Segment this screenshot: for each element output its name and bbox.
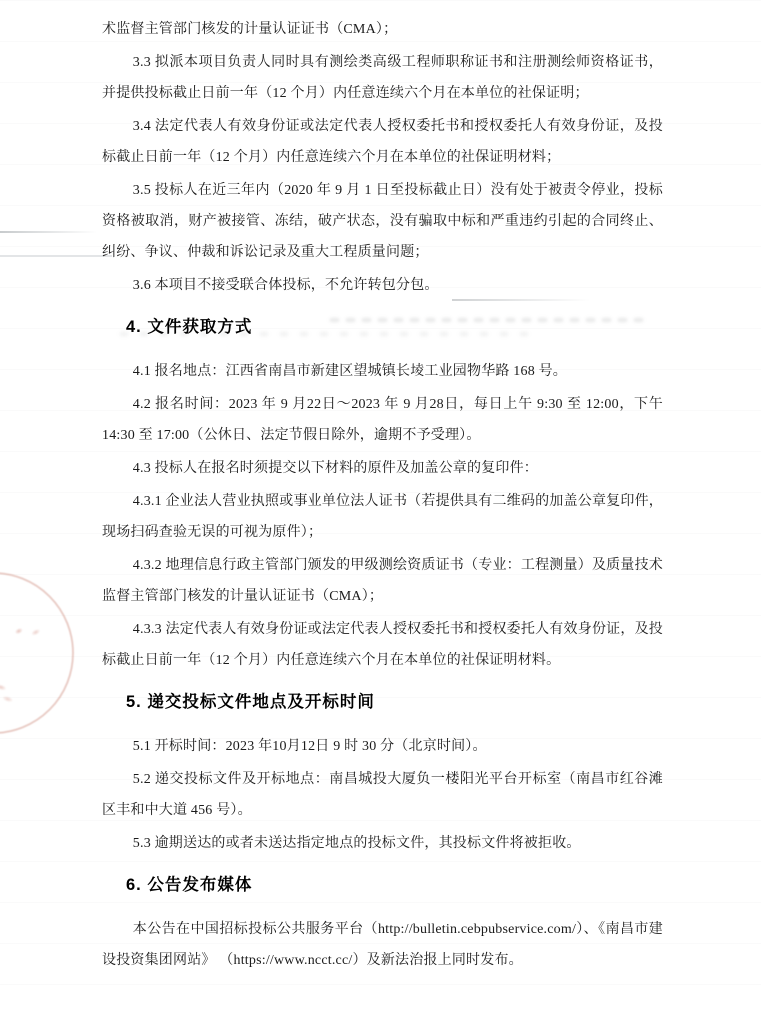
paragraph: 4.3.2 地理信息行政主管部门颁发的甲级测绘资质证书（专业：工程测量）及质量技…: [102, 550, 663, 612]
paragraph: 术监督主管部门核发的计量认证证书（CMA）；: [102, 14, 663, 45]
paragraph: 3.3 拟派本项目负责人同时具有测绘类高级工程师职称证书和注册测绘师资格证书，并…: [102, 47, 663, 109]
section-heading: 6. 公告发布媒体: [126, 870, 663, 901]
paragraph: 4.3.3 法定代表人有效身份证或法定代表人授权委托书和授权委托人有效身份证，及…: [102, 614, 663, 676]
paragraph: 4.3.1 企业法人营业执照或事业单位法人证书（若提供具有二维码的加盖公章复印件…: [102, 486, 663, 548]
paragraph: 4.1 报名地点：江西省南昌市新建区望城镇长堎工业园物华路 168 号。: [102, 356, 663, 387]
paragraph: 5.3 逾期送达的或者未送达指定地点的投标文件，其投标文件将被拒收。: [102, 828, 663, 859]
section-heading: 5. 递交投标文件地点及开标时间: [126, 687, 663, 718]
paragraph: 4.2 报名时间：2023 年 9 月22日～2023 年 9 月28日，每日上…: [102, 389, 663, 451]
document-page: 术监督主管部门核发的计量认证证书（CMA）；3.3 拟派本项目负责人同时具有测绘…: [0, 0, 761, 1014]
paragraph: 5.1 开标时间：2023 年10月12日 9 时 30 分（北京时间）。: [102, 731, 663, 762]
paragraph: 本公告在中国招标投标公共服务平台（http://bulletin.cebpubs…: [102, 914, 663, 976]
scan-artifact-line: [0, 231, 97, 233]
paragraph: 5.2 递交投标文件及开标地点：南昌城投大厦负一楼阳光平台开标室（南昌市红谷滩区…: [102, 764, 663, 826]
paragraph: 3.6 本项目不接受联合体投标，不允许转包分包。: [102, 270, 663, 301]
document-content: 术监督主管部门核发的计量认证证书（CMA）；3.3 拟派本项目负责人同时具有测绘…: [102, 14, 663, 978]
paragraph: 4.3 投标人在报名时须提交以下材料的原件及加盖公章的复印件：: [102, 453, 663, 484]
paragraph: 3.5 投标人在近三年内（2020 年 9 月 1 日至投标截止日）没有处于被责…: [102, 175, 663, 268]
partial-red-official-seal: [0, 572, 74, 734]
section-heading: 4. 文件获取方式: [126, 312, 663, 343]
scan-artifact-line: [0, 255, 112, 257]
paragraph: 3.4 法定代表人有效身份证或法定代表人授权委托书和授权委托人有效身份证，及投标…: [102, 111, 663, 173]
